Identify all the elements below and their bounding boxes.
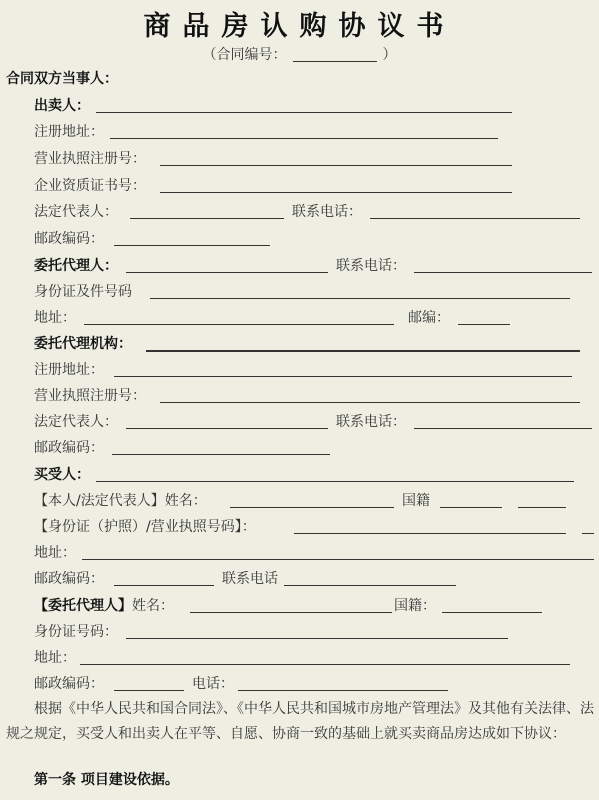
buyer-agent-name-label: 姓名： [132, 598, 174, 614]
seller-phone-field[interactable] [370, 218, 580, 219]
buyer-nationality-label: 国籍 [402, 492, 430, 510]
seller-agent-address-label: 地址： [34, 309, 76, 327]
buyer-agent-name-field[interactable] [190, 612, 392, 613]
buyer-id-field[interactable] [294, 533, 566, 534]
contract-number: （合同编号：） [0, 44, 599, 64]
buyer-agent-nationality-label: 国籍： [394, 597, 436, 615]
buyer-phone-label: 联系电话 [222, 570, 278, 588]
buyer-address-label: 地址： [34, 544, 76, 562]
buyer-nationality-field-2[interactable] [518, 507, 566, 508]
buyer-agent-row: 【委托代理人】姓名： [34, 597, 174, 615]
buyer-agent-phone-label: 电话： [192, 675, 234, 693]
agency-postcode-label: 邮政编码： [34, 439, 104, 457]
seller-agent-phone-label: 联系电话： [336, 257, 406, 275]
seller-postcode-field[interactable] [114, 245, 270, 246]
buyer-id-label: 【身份证（护照）/营业执照号码】： [34, 518, 256, 536]
agency-postcode-field[interactable] [112, 454, 330, 455]
agency-legal-rep-field[interactable] [126, 428, 328, 429]
agency-field[interactable] [146, 350, 580, 352]
contract-number-field[interactable] [293, 49, 377, 62]
agency-reg-address-field[interactable] [114, 376, 572, 377]
agency-legal-rep-label: 法定代表人： [34, 413, 118, 431]
buyer-id-field-extra[interactable] [582, 533, 594, 534]
agency-reg-address-label: 注册地址： [34, 361, 104, 379]
buyer-label: 买受人： [34, 466, 90, 484]
buyer-name-field[interactable] [230, 507, 394, 508]
seller-agent-postcode-label: 邮编： [408, 309, 450, 327]
buyer-address-field[interactable] [82, 559, 594, 560]
preamble-paragraph: 根据《中华人民共和国合同法》、《中华人民共和国城市房地产管理法》及其他有关法律、… [6, 697, 596, 747]
buyer-agent-address-label: 地址： [34, 649, 76, 667]
seller-legal-rep-label: 法定代表人： [34, 203, 118, 221]
seller-postcode-label: 邮政编码： [34, 230, 104, 248]
buyer-agent-phone-field[interactable] [238, 690, 448, 691]
buyer-agent-postcode-field[interactable] [114, 690, 184, 691]
agency-license-field[interactable] [160, 402, 580, 403]
buyer-phone-field[interactable] [284, 585, 456, 586]
seller-license-label: 营业执照注册号： [34, 150, 146, 168]
buyer-agent-id-label: 身份证号码： [34, 623, 118, 641]
seller-qualification-label: 企业资质证书号： [34, 177, 146, 195]
agency-phone-label: 联系电话： [336, 413, 406, 431]
seller-phone-label: 联系电话： [292, 203, 362, 221]
seller-label: 出卖人： [34, 97, 90, 115]
article-1-heading: 第一条 项目建设依据。 [34, 771, 179, 789]
buyer-agent-postcode-label: 邮政编码： [34, 675, 104, 693]
buyer-postcode-label: 邮政编码： [34, 570, 104, 588]
buyer-postcode-field[interactable] [114, 585, 214, 586]
buyer-agent-id-field[interactable] [126, 638, 508, 639]
seller-qualification-field[interactable] [160, 192, 512, 193]
parties-heading: 合同双方当事人： [6, 70, 118, 88]
seller-agent-phone-field[interactable] [414, 272, 592, 273]
seller-agent-field[interactable] [126, 272, 328, 273]
seller-reg-address-field[interactable] [110, 138, 498, 139]
contract-number-close: ） [383, 47, 397, 63]
buyer-name-label: 【本人/法定代表人】姓名： [34, 492, 207, 510]
buyer-agent-label: 【委托代理人】 [34, 598, 132, 614]
buyer-agent-address-field[interactable] [80, 664, 570, 665]
seller-agent-postcode-field[interactable] [458, 324, 510, 325]
seller-field[interactable] [96, 112, 512, 113]
seller-agent-id-label: 身份证及件号码 [34, 283, 132, 301]
buyer-agent-nationality-field[interactable] [442, 612, 542, 613]
seller-agent-label: 委托代理人： [34, 257, 118, 275]
agency-phone-field[interactable] [414, 428, 592, 429]
seller-legal-rep-field[interactable] [130, 218, 284, 219]
document-title: 商品房认购协议书 [0, 4, 599, 43]
buyer-nationality-field[interactable] [440, 507, 502, 508]
buyer-field[interactable] [96, 481, 574, 482]
agency-label: 委托代理机构： [34, 335, 132, 353]
seller-agent-address-field[interactable] [84, 324, 394, 325]
agency-license-label: 营业执照注册号： [34, 387, 146, 405]
seller-reg-address-label: 注册地址： [34, 123, 104, 141]
seller-license-field[interactable] [160, 165, 512, 166]
contract-number-label: （合同编号： [203, 47, 287, 63]
seller-agent-id-field[interactable] [150, 298, 570, 299]
